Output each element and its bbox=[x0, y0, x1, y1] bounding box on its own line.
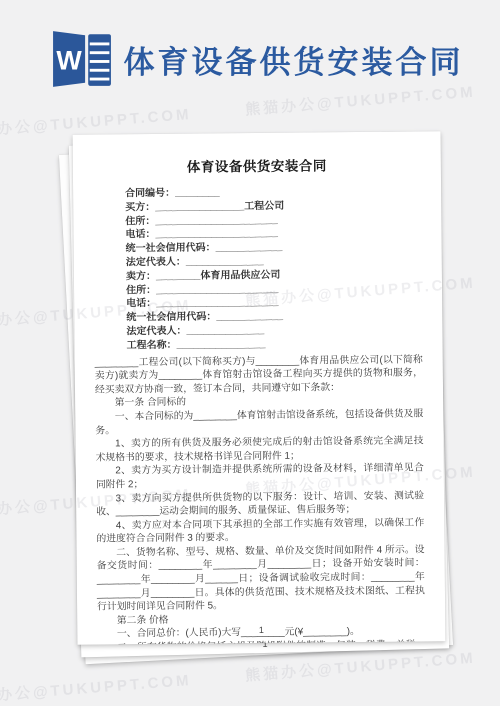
contract-title: 体育设备供货安装合同 bbox=[93, 153, 421, 176]
word-logo-letter: W bbox=[56, 45, 82, 75]
contract-preamble: ________工程公司(以下简称买方)与________体育用品供应公司(以下… bbox=[95, 353, 423, 397]
clause-1-sub-2: 2、卖方为买方设计制造并提供系统所需的设备及材料，详细清单见合同附件 2； bbox=[96, 462, 424, 492]
word-logo-icon: W bbox=[53, 28, 111, 90]
clause-1-sub-4: 4、卖方应对本合同项下其承担的全部工作实施有效管理，以确保工作的进度符合合同附件… bbox=[96, 516, 424, 546]
clause-1-item-2: 二、货物名称、型号、规格、数量、单价及交货时间如附件 4 所示。设备交货时间：_… bbox=[97, 543, 426, 614]
header-title: 体育设备供货安装合同 bbox=[124, 37, 464, 82]
clause-1-sub-1: 1、卖方的所有供货及服务必须使完成后的射击馆设备系统完全满足技术规格书的要求，技… bbox=[95, 435, 423, 465]
contract-document-page: 体育设备供货安装合同 合同编号：________ 买方：____________… bbox=[73, 131, 446, 645]
template-preview-screen: 熊猫办公@TUKUPPT.COM 熊猫办公@TUKUPPT.COM 熊猫办公@T… bbox=[0, 0, 500, 706]
header: W 体育设备供货安装合同 bbox=[0, 0, 500, 118]
clause-1-sub-3: 3、卖方向买方提供所供货物的以下服务：设计、培训、安装、测试验收、_______… bbox=[96, 489, 424, 519]
clause-1-item-1: 一、本合同标的为________体育馆射击馆设备系统，包括设备供货及服务。 bbox=[95, 407, 423, 437]
field-project-name: 工程名称：________________ bbox=[127, 336, 423, 353]
contract-header-fields: 合同编号：________ 买方：________________工程公司 住所… bbox=[125, 184, 423, 352]
contract-body: ________工程公司(以下简称买方)与________体育用品供应公司(以下… bbox=[95, 353, 426, 645]
